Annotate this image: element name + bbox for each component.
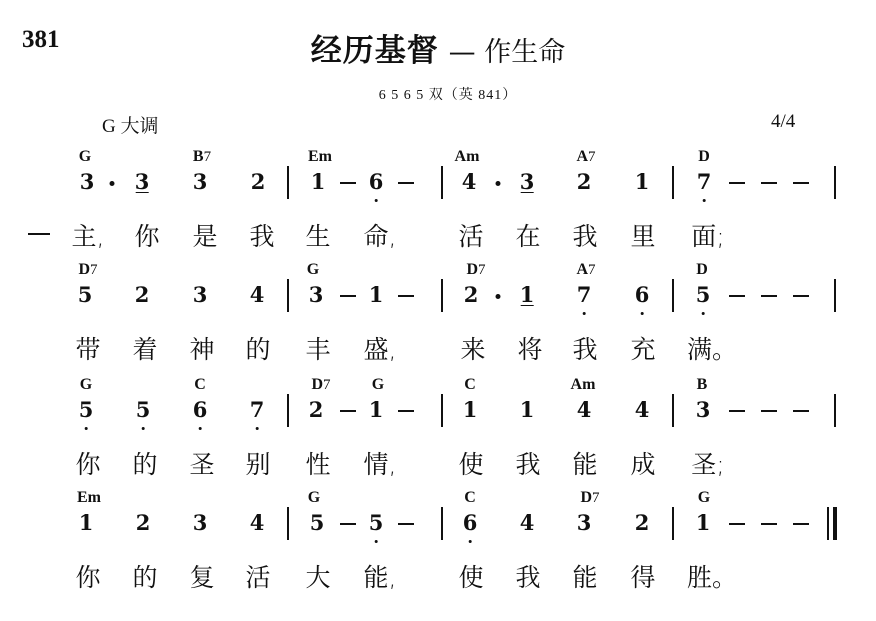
title-subtitle: — 作生命 [449, 37, 566, 68]
lyric-syllable: 面; [691, 217, 724, 253]
barline [287, 166, 289, 199]
note: 1 [311, 170, 326, 194]
lyric-syllable: 命, [364, 217, 397, 253]
barline [672, 507, 674, 540]
note: 5 [310, 511, 325, 535]
lyric-syllable: 使 [458, 558, 483, 594]
note: 5 [136, 398, 151, 422]
note: 4 [577, 398, 592, 422]
sustain-dash [340, 410, 356, 412]
sustain-dash [793, 523, 809, 525]
lyric-syllable: 你 [134, 217, 159, 253]
lyric-syllable: 得 [630, 558, 655, 594]
note: 7 [697, 170, 712, 194]
lyric-syllable: 圣 [189, 445, 214, 481]
chord-symbol: D7 [78, 261, 97, 279]
lyric-syllable: 你 [75, 445, 100, 481]
note: 2 [577, 170, 592, 194]
note: 6 [369, 170, 384, 194]
verse-marker [28, 233, 50, 235]
dotted-note-dot [496, 294, 501, 299]
chord-symbol: G [79, 148, 91, 166]
lyric-syllable: 来 [460, 330, 485, 366]
barline [287, 507, 289, 540]
note: 2 [136, 511, 151, 535]
sustain-dash [793, 410, 809, 412]
barline-thin [827, 507, 829, 540]
barline [834, 166, 836, 199]
lyric-syllable: 充 [630, 330, 655, 366]
note: 2 [135, 283, 150, 307]
chord-symbol: C [194, 376, 206, 394]
sustain-dash [398, 523, 414, 525]
chord-symbol: A7 [576, 261, 595, 279]
note: 6 [463, 511, 478, 535]
dotted-note-dot [496, 181, 501, 186]
sustain-dash [729, 182, 745, 184]
chord-symbol: G [308, 489, 320, 507]
note: 4 [250, 283, 265, 307]
note: 3 [309, 283, 324, 307]
lyric-syllable: 你 [75, 558, 100, 594]
note: 4 [520, 511, 535, 535]
lyric-syllable: 我 [572, 330, 597, 366]
barline [672, 166, 674, 199]
lyric-syllable: 丰 [305, 330, 330, 366]
note: 2 [251, 170, 266, 194]
sustain-dash [340, 182, 356, 184]
lyric-syllable: 大 [305, 558, 330, 594]
lyric-syllable: 我 [572, 217, 597, 253]
sustain-dash [340, 295, 356, 297]
note: 6 [635, 283, 650, 307]
lyric-syllable: 里 [630, 217, 655, 253]
chord-symbol: D [696, 261, 708, 279]
lyric-syllable: 的 [132, 558, 157, 594]
barline [287, 394, 289, 427]
lyric-syllable: 能, [364, 558, 397, 594]
lyric-syllable: 主, [72, 217, 105, 253]
note: 5 [78, 283, 93, 307]
barline [441, 394, 443, 427]
meter-line: 6 5 6 5 双（英 841） [0, 84, 876, 104]
score-row: GCD7GCAmB55672111443你的圣别性情,使我能成圣; [0, 374, 876, 489]
note: 1 [696, 511, 711, 535]
chord-symbol: D [698, 148, 710, 166]
score-row: D7GD7A7D52343121765带着神的丰盛,来将我充满。 [0, 259, 876, 374]
dotted-note-dot [110, 181, 115, 186]
hymn-title: 经历基督 — 作生命 [0, 25, 876, 70]
lyric-syllable: 将 [517, 330, 542, 366]
final-barline [833, 507, 837, 540]
chord-symbol: G [372, 376, 384, 394]
lyric-syllable: 的 [245, 330, 270, 366]
note: 3 [696, 398, 711, 422]
barline [441, 507, 443, 540]
note: 2 [464, 283, 479, 307]
lyric-syllable: 能 [572, 445, 597, 481]
note: 5 [696, 283, 711, 307]
note: 7 [577, 283, 592, 307]
lyric-syllable: 性 [305, 445, 330, 481]
lyric-syllable: 带 [75, 330, 100, 366]
lyric-syllable: 着 [132, 330, 157, 366]
lyric-syllable: 的 [132, 445, 157, 481]
chord-symbol: G [80, 376, 92, 394]
chord-symbol: D7 [466, 261, 485, 279]
barline [834, 394, 836, 427]
lyric-syllable: 我 [249, 217, 274, 253]
barline [441, 166, 443, 199]
lyric-syllable: 活 [458, 217, 483, 253]
sustain-dash [340, 523, 356, 525]
note: 3 [520, 170, 535, 194]
note: 2 [635, 511, 650, 535]
sustain-dash [729, 410, 745, 412]
score-row: EmGCD7G12345564321你的复活大能,使我能得胜。 [0, 487, 876, 602]
chord-symbol: B7 [193, 148, 211, 166]
note: 1 [463, 398, 478, 422]
note: 5 [369, 511, 384, 535]
note: 4 [462, 170, 477, 194]
note: 1 [635, 170, 650, 194]
chord-symbol: D7 [311, 376, 330, 394]
note: 6 [193, 398, 208, 422]
barline [672, 394, 674, 427]
sustain-dash [761, 295, 777, 297]
sustain-dash [793, 182, 809, 184]
title-main: 经历基督 [311, 33, 439, 69]
lyric-syllable: 胜。 [687, 558, 737, 594]
lyric-syllable: 情, [364, 445, 397, 481]
barline [834, 279, 836, 312]
chord-symbol: A7 [576, 148, 595, 166]
lyric-syllable: 复 [189, 558, 214, 594]
score-row: GB7EmAmA7D33321643217主,你是我生命,活在我里面; [0, 146, 876, 261]
chord-symbol: Am [571, 376, 596, 394]
chord-symbol: G [307, 261, 319, 279]
sustain-dash [761, 182, 777, 184]
lyric-syllable: 我 [515, 445, 540, 481]
chord-symbol: D7 [580, 489, 599, 507]
note: 3 [80, 170, 95, 194]
note: 2 [309, 398, 324, 422]
lyric-syllable: 是 [192, 217, 217, 253]
sustain-dash [729, 523, 745, 525]
lyric-syllable: 圣; [691, 445, 724, 481]
sustain-dash [398, 182, 414, 184]
lyric-syllable: 别 [245, 445, 270, 481]
lyric-syllable: 我 [515, 558, 540, 594]
lyric-syllable: 活 [245, 558, 270, 594]
note: 1 [369, 398, 384, 422]
chord-symbol: C [464, 376, 476, 394]
chord-symbol: Am [455, 148, 480, 166]
note: 3 [577, 511, 592, 535]
barline [441, 279, 443, 312]
note: 3 [135, 170, 150, 194]
note: 3 [193, 170, 208, 194]
sustain-dash [398, 410, 414, 412]
sustain-dash [729, 295, 745, 297]
note: 1 [79, 511, 94, 535]
note: 3 [193, 283, 208, 307]
chord-symbol: Em [77, 489, 101, 507]
lyric-syllable: 成 [630, 445, 655, 481]
sustain-dash [793, 295, 809, 297]
chord-symbol: Em [308, 148, 332, 166]
lyric-syllable: 盛, [364, 330, 397, 366]
chord-symbol: G [698, 489, 710, 507]
note: 5 [79, 398, 94, 422]
lyric-syllable: 神 [189, 330, 214, 366]
note: 1 [520, 283, 535, 307]
note: 1 [369, 283, 384, 307]
chord-symbol: B [697, 376, 708, 394]
sustain-dash [398, 295, 414, 297]
note: 1 [520, 398, 535, 422]
note: 4 [250, 511, 265, 535]
chord-symbol: C [464, 489, 476, 507]
note: 7 [250, 398, 265, 422]
note: 4 [635, 398, 650, 422]
barline [287, 279, 289, 312]
barline [672, 279, 674, 312]
key-signature: G 大调 [102, 111, 158, 138]
lyric-syllable: 在 [515, 217, 540, 253]
lyric-syllable: 使 [458, 445, 483, 481]
time-signature: 4/4 [771, 111, 795, 133]
sustain-dash [761, 410, 777, 412]
lyric-syllable: 满。 [687, 330, 737, 366]
lyric-syllable: 生 [305, 217, 330, 253]
note: 3 [193, 511, 208, 535]
sustain-dash [761, 523, 777, 525]
lyric-syllable: 能 [572, 558, 597, 594]
